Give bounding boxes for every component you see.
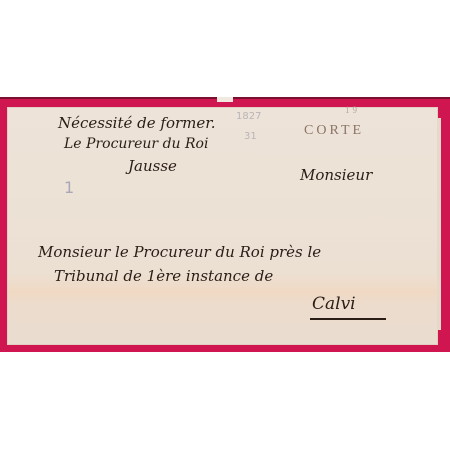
sender-note-line1: Nécessité de former.	[58, 114, 216, 132]
address-line2: Tribunal de 1ère instance de	[54, 267, 273, 285]
pencil-number: 31	[244, 131, 257, 142]
postmark-town: CORTE	[304, 123, 364, 139]
mat-gap	[217, 97, 233, 102]
sender-note-line2: Le Procureur du Roi	[64, 136, 208, 152]
address-city: Calvi	[312, 294, 356, 314]
address-line1: Monsieur le Procureur du Roi près le	[38, 243, 321, 261]
sender-signature: Jausse	[128, 157, 177, 175]
pencil-year: 1827	[236, 111, 261, 122]
postmark-number: 19	[345, 105, 360, 115]
city-underline	[310, 318, 386, 320]
paper-fold-edge	[437, 118, 441, 330]
address-salutation: Monsieur	[300, 166, 372, 184]
pencil-arrow-mark: 1	[64, 178, 74, 197]
